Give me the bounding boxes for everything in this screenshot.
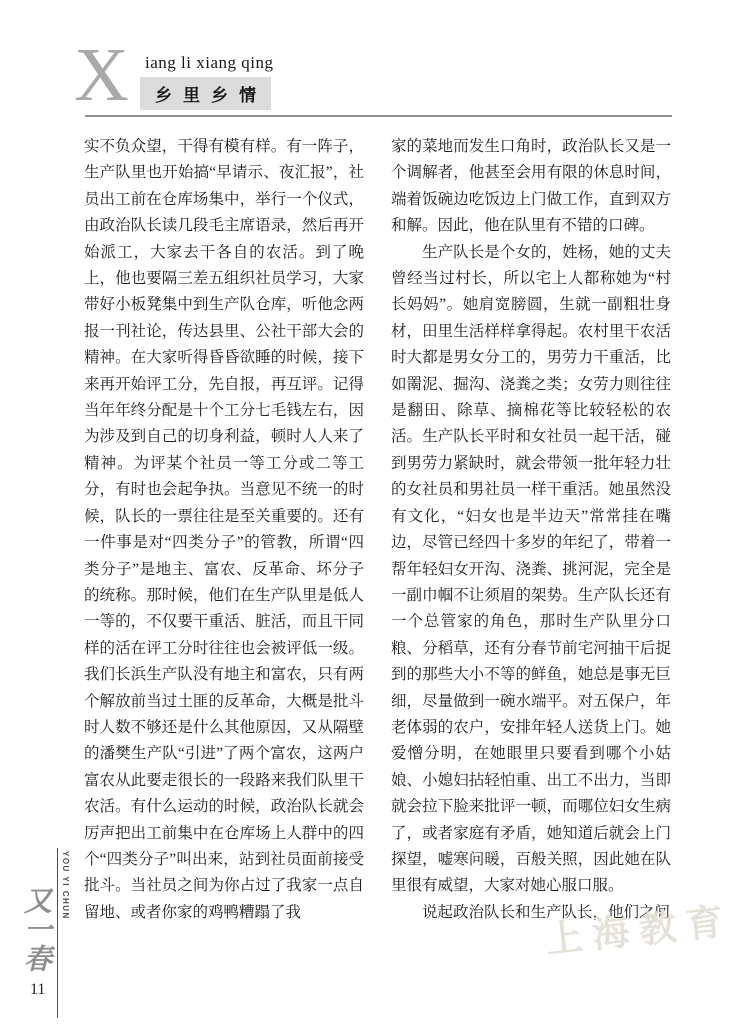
masthead-divider-rule: [85, 115, 672, 117]
body-paragraph: 实不负众望，干得有模有样。有一阵子，生产队里也开始搞“早请示、夜汇报”，社员出工…: [84, 134, 364, 926]
body-paragraph: 家的菜地而发生口角时，政治队长又是一个调解者，他甚至会用有限的休息时间，端着饭碗…: [391, 134, 671, 240]
section-title: 乡里乡情: [140, 77, 271, 110]
text-column-left: 实不负众望，干得有模有样。有一阵子，生产队里也开始搞“早请示、夜汇报”，社员出工…: [84, 134, 364, 926]
section-pinyin: iang li xiang qing: [145, 53, 273, 73]
journal-title-calligraphy: 又一春: [20, 886, 50, 973]
text-column-right: 家的菜地而发生口角时，政治队长又是一个调解者，他甚至会用有限的休息时间，端着饭碗…: [391, 134, 671, 926]
page-number: 11: [30, 981, 45, 999]
spine-vertical-rule: [57, 848, 58, 1018]
book-page: X iang li xiang qing 乡里乡情 实不负众望，干得有模有样。有…: [0, 0, 750, 1026]
body-paragraph: 说起政治队长和生产队长，他们之间: [391, 900, 671, 926]
drop-cap-x: X: [74, 44, 129, 106]
body-paragraph: 生产队长是个女的，姓杨，她的丈夫曾经当过村长，所以宅上人都称她为“村长妈妈”。她…: [391, 240, 671, 900]
journal-pinyin-vertical: YOU YI CHUN: [61, 851, 70, 920]
